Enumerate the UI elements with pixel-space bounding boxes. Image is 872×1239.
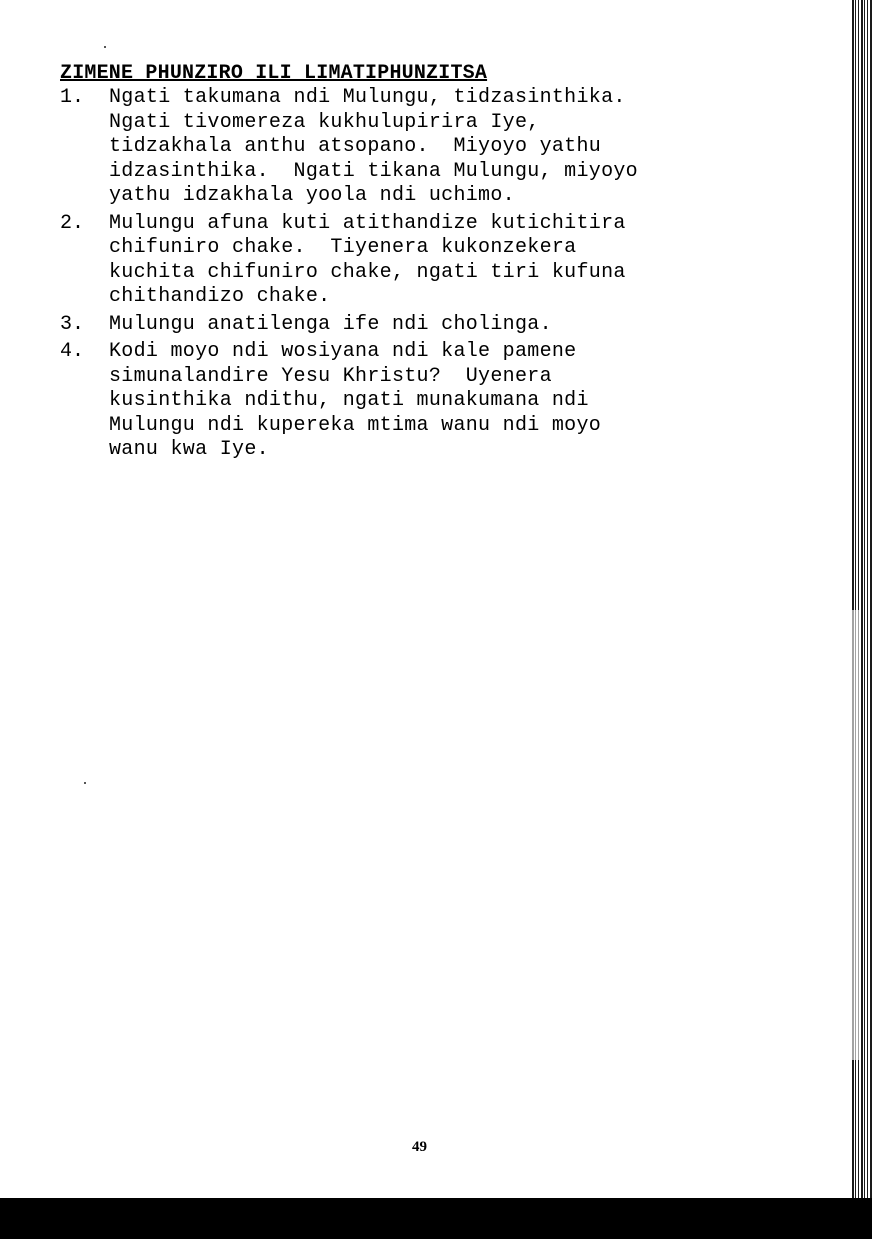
item-line: wanu kwa Iye. <box>109 438 638 463</box>
item-line: chithandizo chake. <box>109 285 638 310</box>
item-number: 2. <box>60 212 84 237</box>
scan-speck <box>104 46 106 48</box>
item-line: simunalandire Yesu Khristu? Uyenera <box>109 365 638 390</box>
list-item: 1. Ngati takumana ndi Mulungu, tidzasint… <box>60 86 638 209</box>
item-line: yathu idzakhala yoola ndi uchimo. <box>109 184 638 209</box>
item-number: 3. <box>60 313 84 338</box>
item-line: Mulungu anatilenga ife ndi cholinga. <box>109 313 638 338</box>
lesson-points-list: 1. Ngati takumana ndi Mulungu, tidzasint… <box>60 86 638 466</box>
item-line: chifuniro chake. Tiyenera kukonzekera <box>109 236 638 261</box>
item-line: idzasinthika. Ngati tikana Mulungu, miyo… <box>109 160 638 185</box>
item-number: 1. <box>60 86 84 111</box>
scan-edge-fade <box>852 610 872 1060</box>
item-line: Kodi moyo ndi wosiyana ndi kale pamene <box>109 340 638 365</box>
item-line: Mulungu ndi kupereka mtima wanu ndi moyo <box>109 414 638 439</box>
item-line: Mulungu afuna kuti atithandize kutichiti… <box>109 212 638 237</box>
item-line: tidzakhala anthu atsopano. Miyoyo yathu <box>109 135 638 160</box>
item-line: Ngati takumana ndi Mulungu, tidzasinthik… <box>109 86 638 111</box>
list-item: 2. Mulungu afuna kuti atithandize kutich… <box>60 212 638 310</box>
list-item: 3. Mulungu anatilenga ife ndi cholinga. <box>60 313 638 338</box>
scan-bottom-border <box>0 1198 872 1239</box>
item-line: Ngati tivomereza kukhulupirira Iye, <box>109 111 638 136</box>
item-line: kuchita chifuniro chake, ngati tiri kufu… <box>109 261 638 286</box>
item-number: 4. <box>60 340 84 365</box>
list-item: 4. Kodi moyo ndi wosiyana ndi kale pamen… <box>60 340 638 463</box>
page-number: 49 <box>412 1139 427 1156</box>
section-heading: ZIMENE PHUNZIRO ILI LIMATIPHUNZITSA <box>60 62 487 86</box>
scanned-page: ZIMENE PHUNZIRO ILI LIMATIPHUNZITSA 1. N… <box>0 0 872 1239</box>
scan-speck <box>84 782 86 784</box>
item-line: kusinthika ndithu, ngati munakumana ndi <box>109 389 638 414</box>
